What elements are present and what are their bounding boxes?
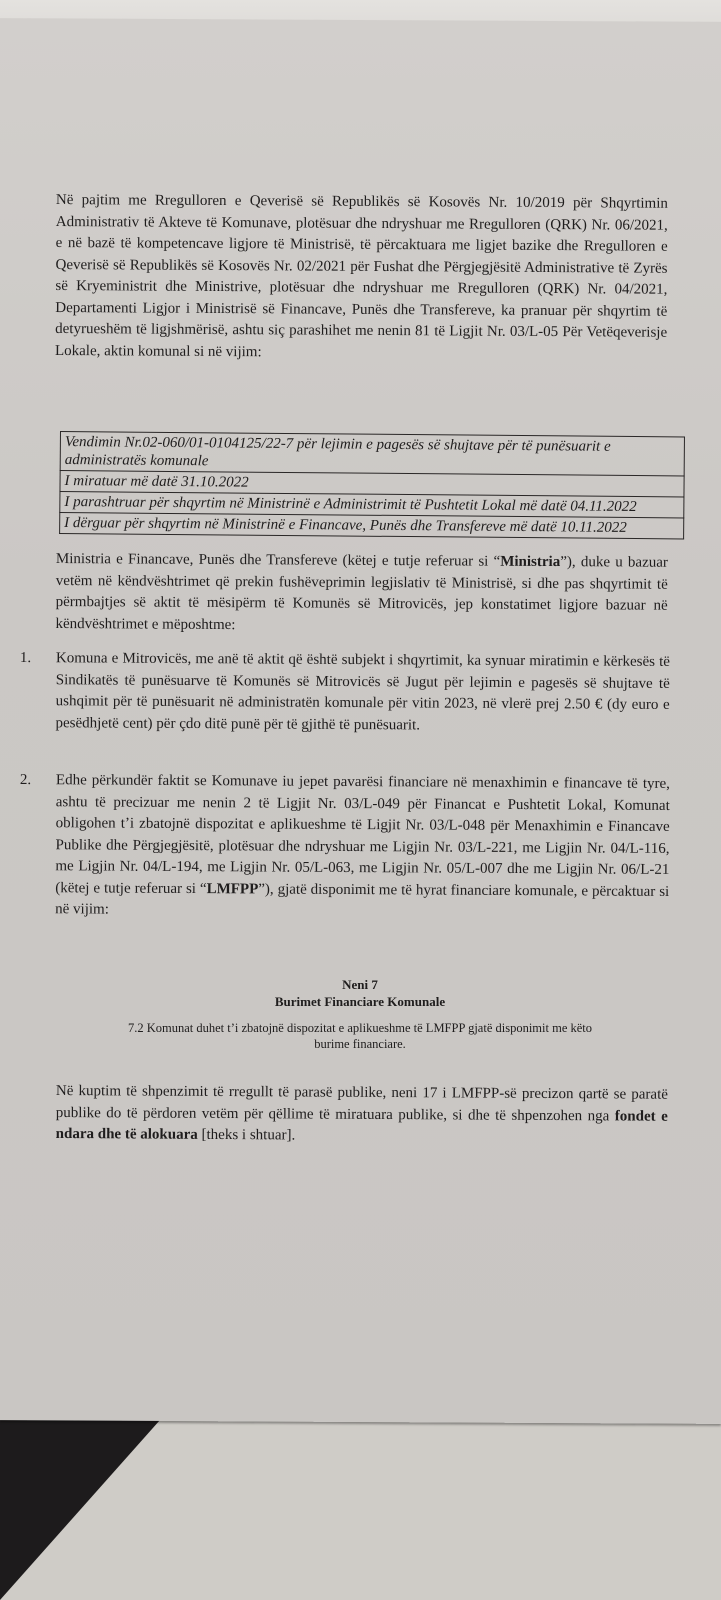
- finding-item-1: 1. Komuna e Mitrovicës, me anë të aktit …: [19, 648, 670, 738]
- finding-item-2: 2. Edhe përkundër faktit se Komunave iu …: [19, 770, 670, 924]
- finding-number: 2.: [19, 770, 56, 921]
- act-details-table: Vendimin Nr.02-060/01-0104125/22-7 për l…: [59, 431, 685, 539]
- intro-paragraph: Në pajtim me Rregulloren e Qeverisë së R…: [55, 190, 668, 366]
- finding-number: 1.: [19, 648, 56, 734]
- quoted-article-clause: 7.2 Komunat duhet t’i zbatojnë dispozita…: [120, 1020, 600, 1052]
- ministry-paragraph-text: Ministria e Financave, Punës dhe Transfe…: [56, 551, 500, 570]
- act-title-cell: Vendimin Nr.02-060/01-0104125/22-7 për l…: [60, 432, 684, 476]
- background-shadow: [0, 1420, 160, 1600]
- lmfpp-term: LMFPP: [207, 881, 259, 897]
- quoted-article-heading: Neni 7 Burimet Financiare Komunale: [120, 976, 600, 1010]
- closing-paragraph-text: [theks i shtuar].: [198, 1127, 296, 1144]
- finding-text: Edhe përkundër faktit se Komunave iu jep…: [55, 770, 670, 924]
- ministry-term: Ministria: [500, 554, 560, 570]
- closing-paragraph-text: Në kuptim të shpenzimit të rregullt të p…: [56, 1083, 668, 1124]
- finding-text: Komuna e Mitrovicës, me anë të aktit që …: [55, 648, 670, 738]
- closing-paragraph: Në kuptim të shpenzimit të rregullt të p…: [56, 1081, 668, 1149]
- article-title: Burimet Financiare Komunale: [120, 993, 600, 1010]
- ministry-paragraph: Ministria e Financave, Punës dhe Transfe…: [55, 549, 668, 639]
- finding-text-part: Edhe përkundër faktit se Komunave iu jep…: [55, 772, 670, 896]
- article-number: Neni 7: [120, 976, 600, 993]
- table-row: Vendimin Nr.02-060/01-0104125/22-7 për l…: [60, 432, 684, 476]
